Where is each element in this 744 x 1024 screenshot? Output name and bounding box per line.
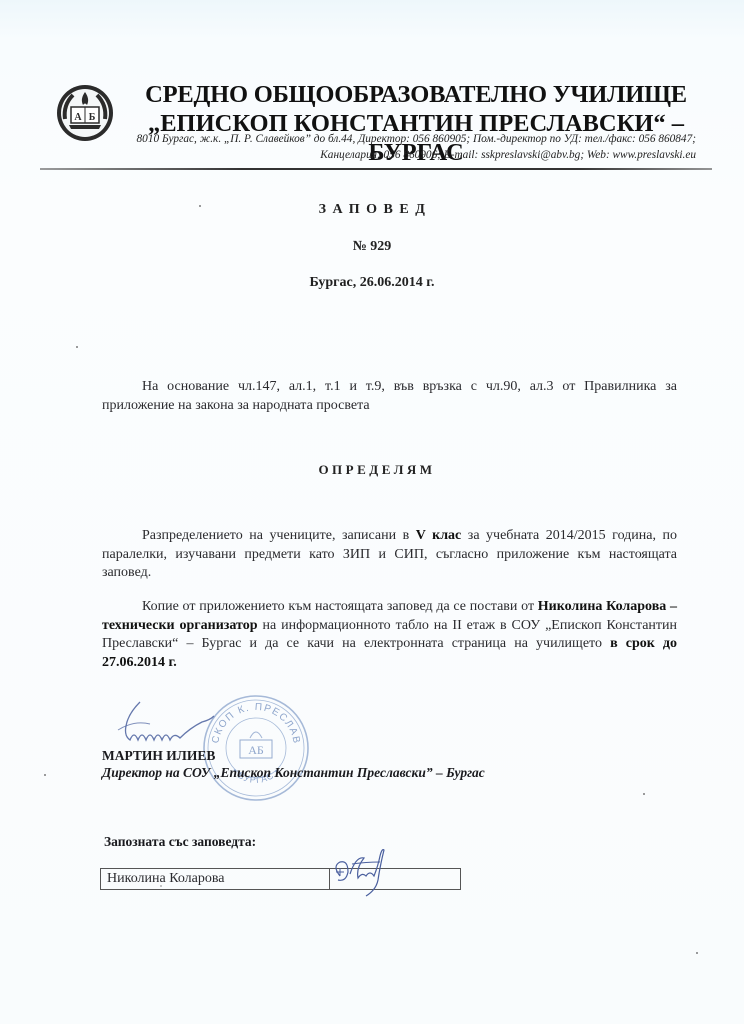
table-row: Николина Коларова	[101, 869, 461, 890]
acknowledgement-name-cell: Николина Коларова	[101, 869, 330, 890]
scan-speck	[76, 346, 78, 348]
scan-speck	[643, 793, 645, 795]
svg-text:А: А	[74, 112, 82, 123]
scanned-document-page: А Б СРЕДНО ОБЩООБРАЗОВАТЕЛНО УЧИЛИЩЕ „ЕП…	[0, 0, 744, 1024]
distribution-paragraph: Разпределението на учениците, записани в…	[102, 527, 677, 583]
svg-text:АБ: АБ	[248, 743, 264, 757]
document-title: ЗАПОВЕД	[0, 202, 744, 218]
basis-paragraph: На основание чл.147, ал.1, т.1 и т.9, въ…	[102, 378, 677, 415]
school-contact-info: 8010 Бургас, ж.к. „П. Р. Славейков” до б…	[36, 131, 696, 163]
signer-name: МАРТИН ИЛИЕВ	[102, 748, 215, 764]
place-and-date: Бургас, 26.06.2014 г.	[0, 275, 744, 291]
basis-text: На основание чл.147, ал.1, т.1 и т.9, въ…	[102, 379, 677, 413]
copy-text-1: Копие от приложението към настоящата зап…	[142, 599, 538, 614]
acknowledgement-table: Николина Коларова	[100, 868, 461, 890]
contact-line2: Канцелария: 056 860906; E-mail: sskpresl…	[36, 147, 696, 163]
acknowledgement-label: Запозната със заповедта:	[104, 834, 256, 850]
decision-heading: ОПРЕДЕЛЯМ	[0, 462, 744, 478]
director-signature-icon	[110, 700, 220, 752]
scan-speck	[199, 205, 201, 207]
svg-text:Б: Б	[89, 112, 96, 123]
copy-paragraph: Копие от приложението към настоящата зап…	[102, 598, 677, 672]
header-divider	[40, 168, 712, 170]
distribution-text-1: Разпределението на учениците, записани в	[142, 528, 416, 543]
signer-title: Директор на СОУ „Епископ Константин Прес…	[102, 765, 485, 781]
scan-speck	[160, 885, 162, 887]
scan-speck	[44, 774, 46, 776]
distribution-class: V клас	[416, 528, 462, 543]
school-name-line1: СРЕДНО ОБЩООБРАЗОВАТЕЛНО УЧИЛИЩЕ	[126, 80, 706, 109]
order-number: № 929	[0, 239, 744, 255]
acknowledgement-signature-icon	[326, 846, 406, 898]
contact-line1: 8010 Бургас, ж.к. „П. Р. Славейков” до б…	[36, 131, 696, 147]
scan-speck	[696, 952, 698, 954]
